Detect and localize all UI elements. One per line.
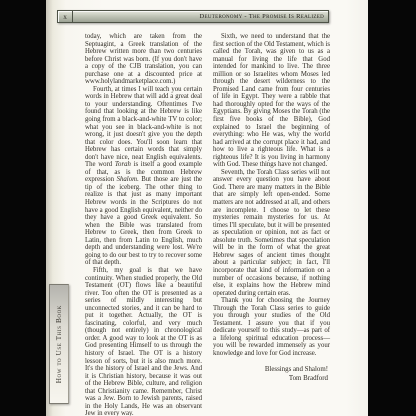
text-segment: Torah xyxy=(115,161,131,168)
closing-blessing: Blessings and Shalom! xyxy=(213,365,328,375)
paragraph: Fifth, my goal is that we have continuit… xyxy=(85,267,202,416)
text-segment: Fifth, my goal is that we have continuit… xyxy=(85,267,202,416)
paragraph: Thank you for choosing the Journey Throu… xyxy=(213,297,330,357)
text-segment: Seventh, the Torah Class series will not… xyxy=(213,169,330,297)
book-page: x Deuteronomy - The Promise Is Realized … xyxy=(46,0,368,416)
text-segment: Shalom xyxy=(117,176,137,183)
paragraph: Seventh, the Torah Class series will not… xyxy=(213,169,330,297)
text-segment: Sixth, we need to understand that the fi… xyxy=(213,33,330,168)
running-header-title: Deuteronomy - The Promise Is Realized xyxy=(73,11,328,22)
running-header: x Deuteronomy - The Promise Is Realized xyxy=(57,10,329,23)
text-segment: . But those are just the tip of the iceb… xyxy=(85,176,202,266)
paragraph: Sixth, we need to understand that the fi… xyxy=(213,33,330,169)
book-page-scan: { "header": { "page_number": "x", "title… xyxy=(0,0,416,416)
page-number: x xyxy=(58,11,73,22)
two-column-text: today, which are taken from the Septuagi… xyxy=(85,33,330,416)
closing-signature: Blessings and Shalom!Tom Bradford xyxy=(213,365,330,384)
paragraph: Fourth, at times I will teach you certai… xyxy=(85,86,202,267)
chapter-side-tab: How to Use This Book xyxy=(49,284,69,404)
side-tab-label: How to Use This Book xyxy=(55,305,63,383)
text-segment: Fourth, at times I will teach you certai… xyxy=(85,86,202,168)
text-segment: Thank you for choosing the Journey Throu… xyxy=(213,297,330,357)
closing-author-name: Tom Bradford xyxy=(213,374,328,384)
right-column: Sixth, we need to understand that the fi… xyxy=(213,33,330,416)
left-column: today, which are taken from the Septuagi… xyxy=(85,33,202,416)
text-segment: today, which are taken from the Septuagi… xyxy=(85,33,202,85)
paragraph: today, which are taken from the Septuagi… xyxy=(85,33,202,86)
